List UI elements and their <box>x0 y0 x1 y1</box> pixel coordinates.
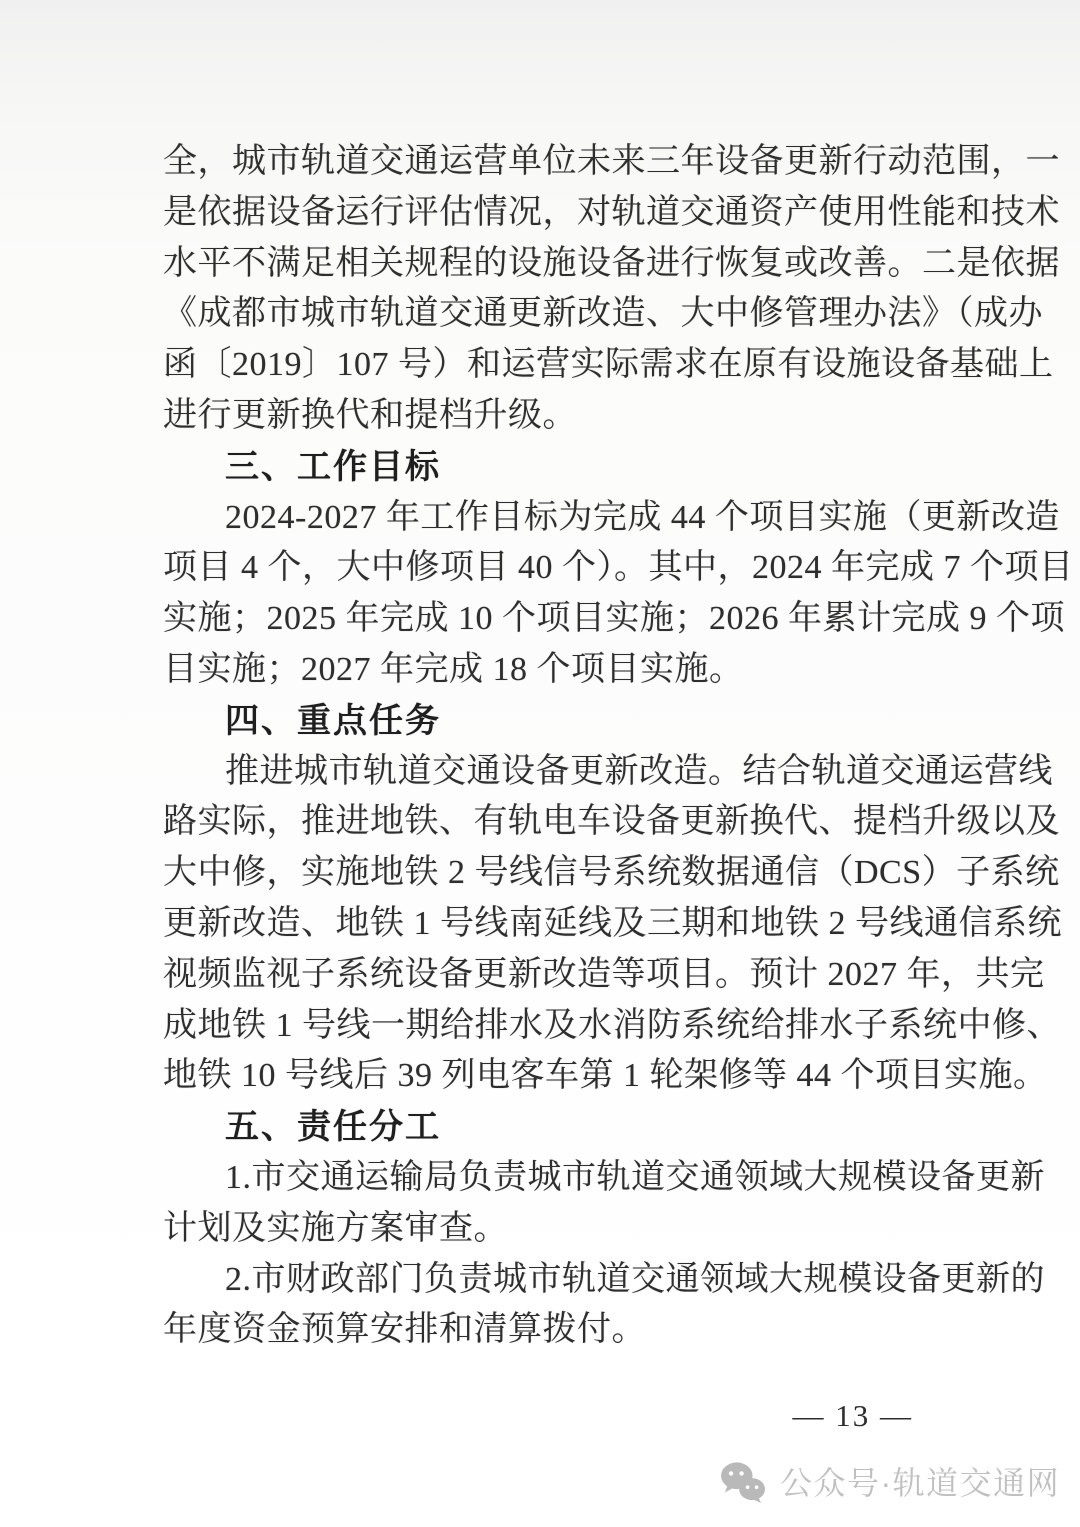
doc-line: 视频监视子系统设备更新改造等项目。预计 2027 年，共完 <box>163 950 917 1001</box>
wechat-icon <box>720 1461 766 1503</box>
document-page: 全，城市轨道交通运营单位未来三年设备更新行动范围，一 是依据设备运行评估情况，对… <box>163 137 917 1356</box>
doc-line: 是依据设备运行评估情况，对轨道交通资产使用性能和技术 <box>163 188 917 239</box>
section-heading-responsibilities: 五、责任分工 <box>163 1102 917 1153</box>
doc-line: 《成都市城市轨道交通更新改造、大中修管理办法》（成办 <box>163 289 917 340</box>
doc-line: 全，城市轨道交通运营单位未来三年设备更新行动范围，一 <box>163 137 917 188</box>
doc-line: 路实际，推进地铁、有轨电车设备更新换代、提档升级以及 <box>163 797 917 848</box>
doc-line: 2.市财政部门负责城市轨道交通领域大规模设备更新的 <box>163 1255 917 1306</box>
doc-line: 年度资金预算安排和清算拨付。 <box>163 1305 917 1356</box>
doc-line: 进行更新换代和提档升级。 <box>163 391 917 442</box>
doc-line: 地铁 10 号线后 39 列电客车第 1 轮架修等 44 个项目实施。 <box>163 1051 917 1102</box>
doc-line: 1.市交通运输局负责城市轨道交通领域大规模设备更新 <box>163 1153 917 1204</box>
doc-line: 推进城市轨道交通设备更新改造。结合轨道交通运营线 <box>163 747 917 798</box>
footer-watermark-label: 公众号·轨道交通网 <box>780 1465 1060 1499</box>
doc-line: 函〔2019〕107 号）和运营实际需求在原有设施设备基础上 <box>163 340 917 391</box>
footer-watermark: 公众号·轨道交通网 <box>720 1458 1060 1506</box>
doc-line: 2024-2027 年工作目标为完成 44 个项目实施（更新改造 <box>163 493 917 544</box>
page-number: — 13 — <box>793 1398 914 1434</box>
doc-line: 计划及实施方案审查。 <box>163 1204 917 1255</box>
doc-line: 项目 4 个，大中修项目 40 个）。其中，2024 年完成 7 个项目 <box>163 543 917 594</box>
doc-line: 大中修，实施地铁 2 号线信号系统数据通信（DCS）子系统 <box>163 848 917 899</box>
doc-line: 目实施；2027 年完成 18 个项目实施。 <box>163 645 917 696</box>
section-heading-key-tasks: 四、重点任务 <box>163 696 917 747</box>
section-heading-work-goals: 三、工作目标 <box>163 442 917 493</box>
doc-line: 成地铁 1 号线一期给排水及水消防系统给排水子系统中修、 <box>163 1001 917 1052</box>
doc-line: 水平不满足相关规程的设施设备进行恢复或改善。二是依据 <box>163 239 917 290</box>
doc-line: 更新改造、地铁 1 号线南延线及三期和地铁 2 号线通信系统 <box>163 899 917 950</box>
doc-line: 实施；2025 年完成 10 个项目实施；2026 年累计完成 9 个项 <box>163 594 917 645</box>
